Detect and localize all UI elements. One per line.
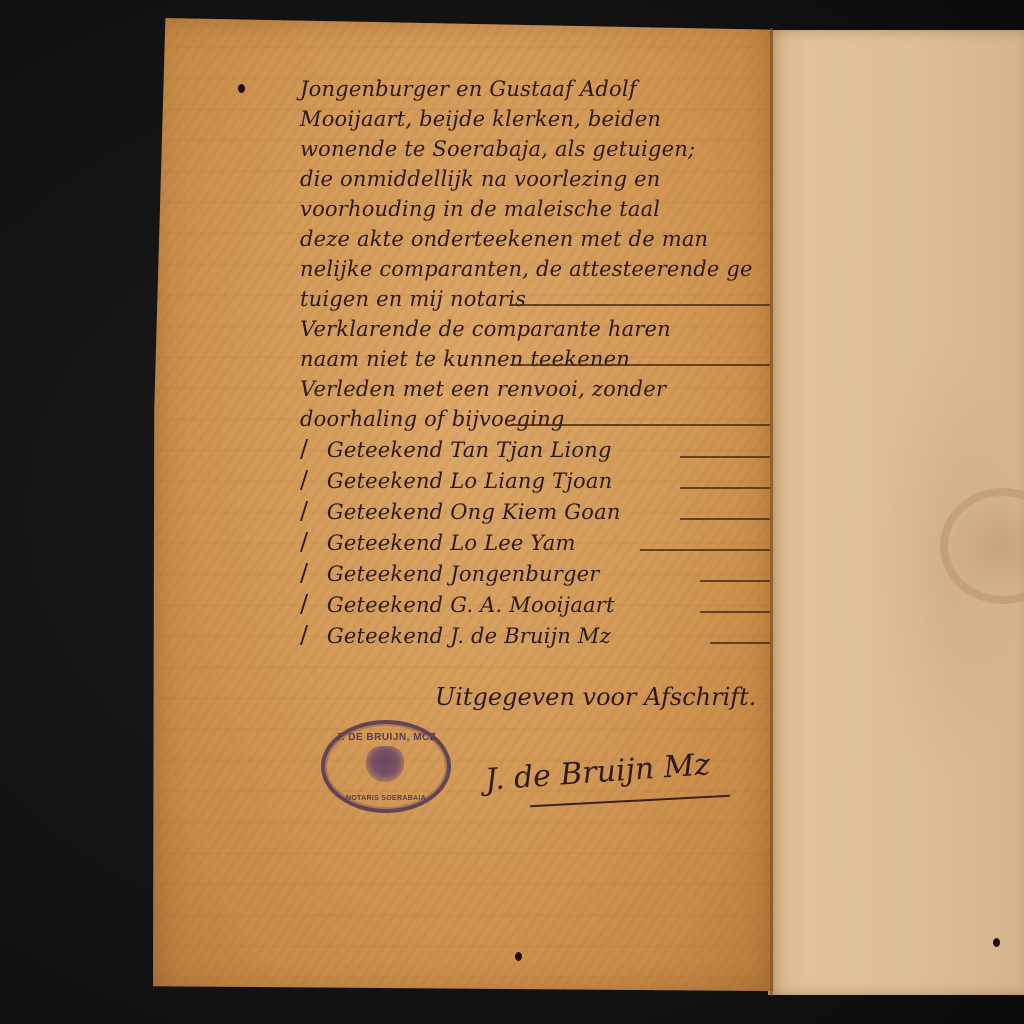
signature-entry: / Geteekend Ong Kiem Goan <box>300 496 770 527</box>
signed-prefix: Geteekend <box>327 593 443 617</box>
punch-hole-mark <box>993 938 1000 947</box>
body-line-text: Mooijaart, beijde klerken, beiden <box>300 107 661 131</box>
signature-entry: / Geteekend Lo Lee Yam <box>300 527 770 558</box>
signature-entry: / Geteekend Tan Tjan Liong <box>300 434 770 465</box>
coat-of-arms-icon <box>366 746 404 782</box>
signer-name: Lo Liang Tjoan <box>450 469 612 493</box>
signer-name: Lo Lee Yam <box>450 531 575 555</box>
signer-name: Tan Tjan Liong <box>450 438 611 462</box>
body-line: wonende te Soerabaja, als getuigen; <box>300 134 770 164</box>
body-line: Jongenburger en Gustaaf Adolf <box>300 74 770 104</box>
body-line: deze akte onderteekenen met de man <box>300 224 770 254</box>
photo-scene: Jongenburger en Gustaaf Adolf Mooijaart,… <box>0 0 1024 1024</box>
body-line-text: wonende te Soerabaja, als getuigen; <box>300 137 695 161</box>
signer-name: G. A. Mooijaart <box>450 593 614 617</box>
ruled-line <box>700 580 770 582</box>
body-line-text: Verklarende de comparante haren <box>300 317 671 341</box>
body-line: nelijke comparanten, de attesteerende ge <box>300 254 770 284</box>
mark: / <box>300 496 320 527</box>
body-line-text: voorhouding in de maleische taal <box>300 197 660 221</box>
punch-hole-mark <box>238 84 245 93</box>
body-line: Verklarende de comparante haren <box>300 314 770 344</box>
deed-body: Jongenburger en Gustaaf Adolf Mooijaart,… <box>300 74 770 651</box>
signed-prefix: Geteekend <box>327 531 443 555</box>
ruled-line <box>680 456 770 458</box>
body-line: naam niet te kunnen teekenen <box>300 344 770 374</box>
signature-entry: / Geteekend Lo Liang Tjoan <box>300 465 770 496</box>
signed-prefix: Geteekend <box>327 562 443 586</box>
mark: / <box>300 465 320 496</box>
ruled-line <box>710 642 770 644</box>
ruled-line <box>640 549 770 551</box>
signed-prefix: Geteekend <box>327 469 443 493</box>
signed-prefix: Geteekend <box>327 500 443 524</box>
body-line-text: tuigen en mij notaris <box>300 287 526 311</box>
body-line-text: deze akte onderteekenen met de man <box>300 227 708 251</box>
page-gutter-divider <box>770 28 773 996</box>
body-line-text: Jongenburger en Gustaaf Adolf <box>300 77 637 101</box>
body-line: voorhouding in de maleische taal <box>300 194 770 224</box>
stamp-bottom-text: NOTARIS SOERABAIA <box>325 795 447 802</box>
notary-stamp: J. DE BRUIJN, MCZ NOTARIS SOERABAIA <box>321 720 451 813</box>
body-line: Verleden met een renvooi, zonder <box>300 374 770 404</box>
ruled-line <box>680 487 770 489</box>
signed-prefix: Geteekend <box>327 624 443 648</box>
signature-entry: / Geteekend Jongenburger <box>300 558 770 589</box>
body-line-text: die onmiddellijk na voorlezing en <box>300 167 660 191</box>
mark: / <box>300 527 320 558</box>
issued-as-copy-note: Uitgegeven voor Afschrift. <box>435 683 756 711</box>
body-line-text: nelijke comparanten, de attesteerende ge <box>300 257 753 281</box>
ruled-line <box>680 518 770 520</box>
mark: / <box>300 434 320 465</box>
mark: / <box>300 558 320 589</box>
signer-name: Ong Kiem Goan <box>450 500 620 524</box>
body-line: doorhaling of bijvoeging <box>300 404 770 434</box>
body-line-text: naam niet te kunnen teekenen <box>300 347 630 371</box>
body-line: tuigen en mij notaris <box>300 284 770 314</box>
stamp-top-text: J. DE BRUIJN, MCZ <box>325 732 447 743</box>
body-line-text: doorhaling of bijvoeging <box>300 407 565 431</box>
mark: / <box>300 589 320 620</box>
signature-entry: / Geteekend G. A. Mooijaart <box>300 589 770 620</box>
signer-name: J. de Bruijn Mz <box>450 624 611 648</box>
signature-entry: / Geteekend J. de Bruijn Mz <box>300 620 770 651</box>
punch-hole-mark <box>515 952 522 961</box>
mark: / <box>300 620 320 651</box>
body-line: Mooijaart, beijde klerken, beiden <box>300 104 770 134</box>
ruled-line <box>700 611 770 613</box>
body-line: die onmiddellijk na voorlezing en <box>300 164 770 194</box>
signed-prefix: Geteekend <box>327 438 443 462</box>
body-line-text: Verleden met een renvooi, zonder <box>300 377 666 401</box>
signer-name: Jongenburger <box>450 562 599 586</box>
